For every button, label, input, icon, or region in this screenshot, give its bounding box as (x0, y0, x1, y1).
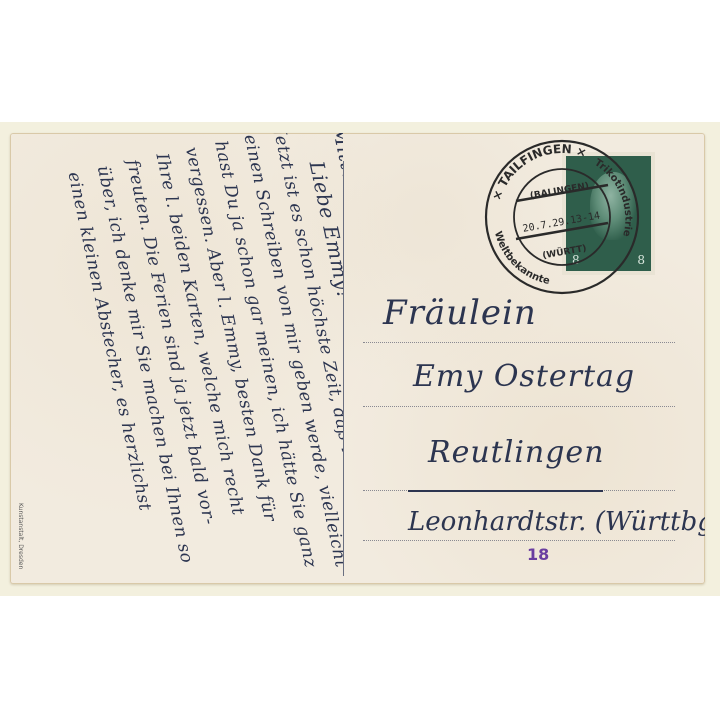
address-city: Reutlingen (428, 435, 605, 470)
address-name: Emy Ostertag (413, 359, 635, 394)
card-divider (343, 161, 344, 576)
postmark-cancellation: × TAILFINGEN × Weltbekannte Trikotindust… (480, 135, 644, 299)
address-dotted-line (363, 406, 675, 407)
postmark-icon: × TAILFINGEN × Weltbekannte Trikotindust… (480, 135, 644, 299)
house-number-annotation: 18 (527, 545, 549, 564)
city-underline (408, 490, 603, 492)
scan-stage: Mittwoch Liebe Emmy! Jetzt ist es schon … (0, 0, 720, 720)
printer-mark: Kunstanstalt, Dresden (17, 503, 24, 569)
postmark-district: (BALINGEN) (529, 181, 590, 201)
address-dotted-line (363, 342, 675, 343)
message-area: Mittwoch Liebe Emmy! Jetzt ist es schon … (10, 133, 343, 584)
handwritten-message: Mittwoch Liebe Emmy! Jetzt ist es schon … (59, 133, 343, 584)
address-dotted-line (363, 540, 675, 541)
postmark-region: (WÜRTT) (542, 243, 588, 262)
address-street: Leonhardtstr. (Württbg.) (408, 507, 705, 537)
postcard: Mittwoch Liebe Emmy! Jetzt ist es schon … (10, 133, 705, 584)
